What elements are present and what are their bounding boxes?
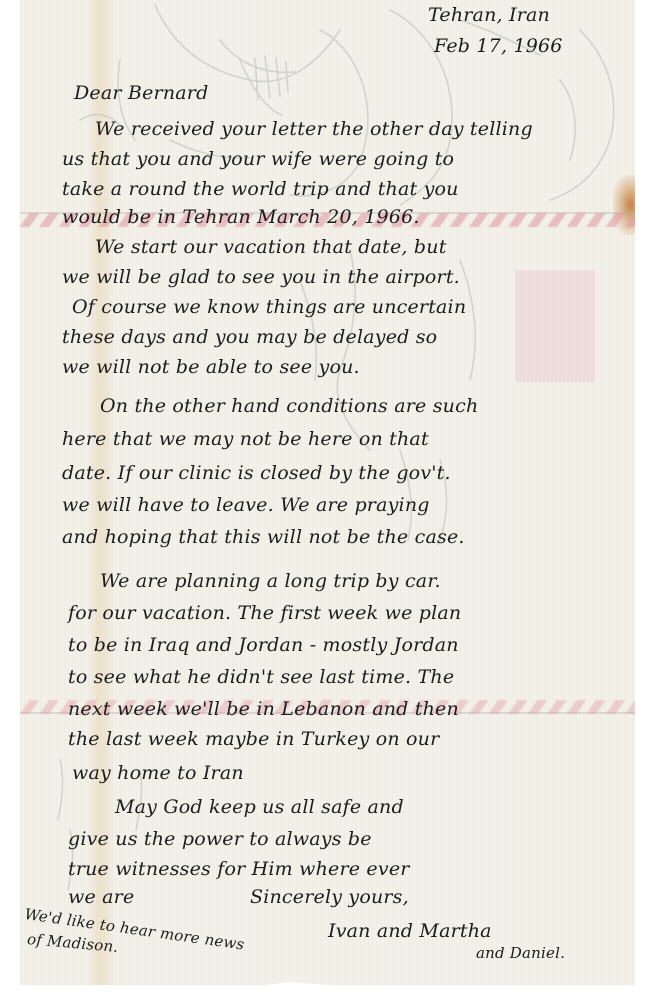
signature-names: Ivan and Martha (328, 920, 492, 942)
body-line: way home to Iran (72, 762, 244, 784)
body-line: We start our vacation that date, but (95, 236, 447, 258)
letter-date: Feb 17, 1966 (434, 35, 563, 57)
body-line: here that we may not be here on that (62, 428, 429, 450)
body-line: date. If our clinic is closed by the gov… (62, 462, 451, 484)
body-line: We received your letter the other day te… (95, 118, 533, 140)
body-line: to be in Iraq and Jordan - mostly Jordan (68, 634, 459, 656)
body-line: true witnesses for Him where ever (68, 858, 410, 880)
faded-stamp-mark (515, 270, 595, 382)
body-line: May God keep us all safe and (115, 796, 404, 818)
body-line: we will be glad to see you in the airpor… (62, 266, 460, 288)
body-line: we will have to leave. We are praying (62, 494, 430, 516)
body-line: and hoping that this will not be the cas… (62, 526, 465, 548)
body-line: us that you and your wife were going to (62, 148, 454, 170)
letter-paper: Tehran, Iran Feb 17, 1966 Dear Bernard W… (20, 0, 635, 985)
letter-place: Tehran, Iran (428, 4, 550, 26)
body-line: to see what he didn't see last time. The (68, 666, 454, 688)
body-line: We are planning a long trip by car. (100, 570, 441, 592)
body-line: we are (68, 886, 134, 908)
letter-closing: Sincerely yours, (250, 886, 409, 908)
signature-names-second-line: and Daniel. (476, 944, 565, 962)
body-line: for our vacation. The first week we plan (68, 602, 461, 624)
body-line: Of course we know things are uncertain (72, 296, 466, 318)
body-line: these days and you may be delayed so (62, 326, 437, 348)
body-line: give us the power to always be (68, 828, 372, 850)
body-line: take a round the world trip and that you (62, 178, 459, 200)
body-line: next week we'll be in Lebanon and then (68, 698, 459, 720)
body-line: we will not be able to see you. (62, 356, 360, 378)
body-line: the last week maybe in Turkey on our (68, 728, 439, 750)
letter-salutation: Dear Bernard (74, 82, 208, 104)
body-line: On the other hand conditions are such (100, 395, 478, 417)
body-line: would be in Tehran March 20, 1966. (62, 206, 420, 228)
